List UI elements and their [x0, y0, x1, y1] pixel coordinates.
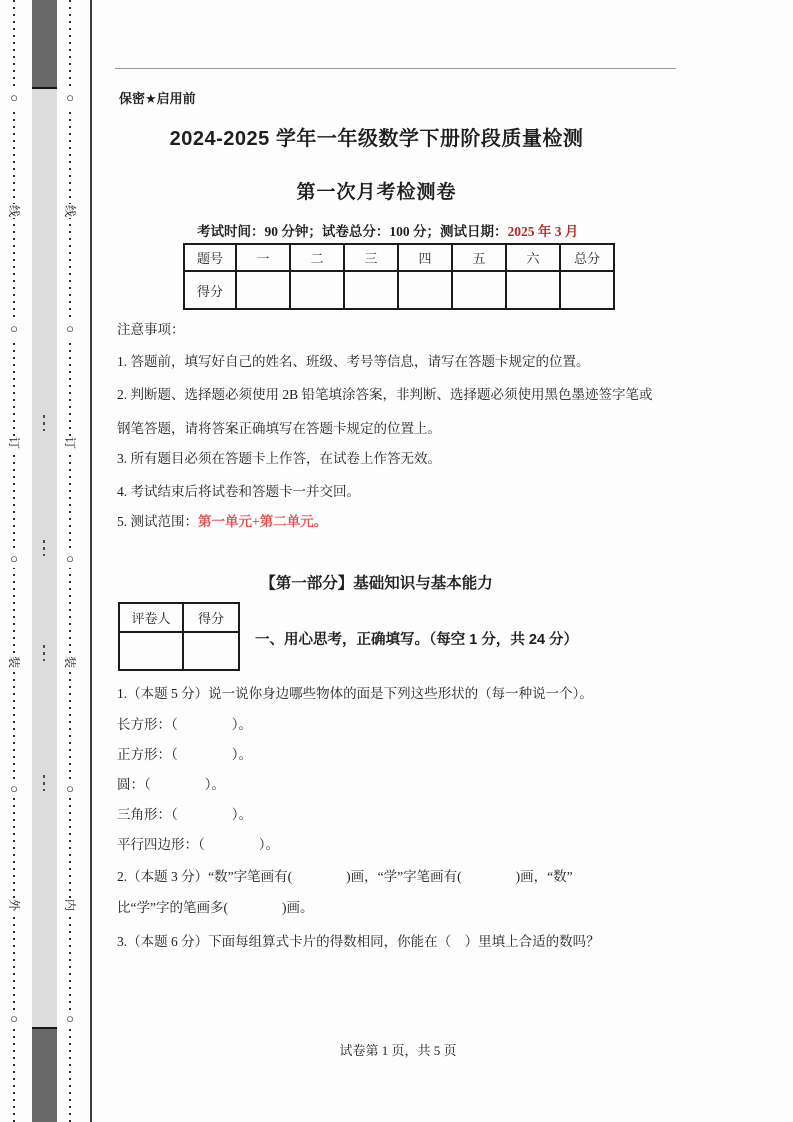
exam-info-line: 考试时间：90 分钟；试卷总分：100 分；测试日期：2025 年 3 月	[197, 220, 578, 240]
score-empty-cell	[398, 271, 452, 309]
confidential-label: 保密★启用前	[119, 88, 196, 107]
fold-bar-dark-bottom	[32, 1027, 57, 1122]
binding-circle-icon: ○	[63, 780, 77, 798]
test-range: 第一单元+第二单元。	[198, 514, 327, 529]
score-empty-cell	[506, 271, 560, 309]
binding-circle-icon: ○	[63, 320, 77, 338]
score-empty-cell	[290, 271, 344, 309]
binding-char-staple: 订	[5, 436, 23, 450]
score-header-cell: 三	[344, 244, 398, 271]
header-rule	[115, 68, 676, 69]
binding-circle-icon: ○	[7, 1010, 21, 1028]
score-header-cell: 题号	[184, 244, 236, 271]
grader-table-empty-row	[119, 632, 239, 670]
score-header-cell: 总分	[560, 244, 614, 271]
grader-table-header-row: 评卷人 得分	[119, 603, 239, 632]
binding-circle-icon: ○	[63, 550, 77, 568]
section-1-heading: 【第一部分】基础知识与基本能力	[95, 571, 658, 593]
grader-empty-cell	[183, 632, 239, 670]
score-empty-cell	[344, 271, 398, 309]
notes-heading: 注意事项：	[117, 318, 185, 338]
binding-char-staple: 订	[61, 436, 79, 450]
exam-paper-page: { "page": { "secret_label": "保密★启用前", "t…	[0, 0, 793, 1122]
note-item-2-line-1: 2. 判断题、选择题必须使用 2B 铅笔填涂答案，非判断、选择题必须使用黑色墨迹…	[117, 383, 653, 403]
fold-mark	[43, 775, 45, 791]
note-item-1: 1. 答题前，填写好自己的姓名、班级、考号等信息，请写在答题卡规定的位置。	[117, 350, 590, 370]
score-header-cell: 二	[290, 244, 344, 271]
grader-empty-cell	[119, 632, 183, 670]
question-1-blank-triangle: 三角形：（ ）。	[117, 803, 252, 823]
score-header-cell: 四	[398, 244, 452, 271]
binding-circle-icon: ○	[7, 320, 21, 338]
score-empty-cell	[452, 271, 506, 309]
grader-header-cell: 得分	[183, 603, 239, 632]
note-item-5-label: 5. 测试范围：	[117, 514, 198, 529]
score-table-score-row: 得分	[184, 271, 614, 309]
page-footer: 试卷第 1 页，共 5 页	[110, 1040, 686, 1059]
question-2-line-2: 比“学”字的笔画多( )画。	[117, 896, 313, 916]
exam-info-text: 考试时间：90 分钟；试卷总分：100 分；测试日期：	[197, 224, 508, 239]
grader-header-cell: 评卷人	[119, 603, 183, 632]
binding-circle-icon: ○	[7, 89, 21, 107]
fold-bar	[32, 0, 57, 1122]
grader-table: 评卷人 得分	[118, 602, 240, 671]
question-1-blank-circle: 圆：（ ）。	[117, 773, 225, 793]
score-table-header-row: 题号 一 二 三 四 五 六 总分	[184, 244, 614, 271]
score-empty-cell	[560, 271, 614, 309]
part-1-heading: 一、用心思考，正确填写。（每空 1 分，共 24 分）	[255, 628, 578, 649]
score-row-label: 得分	[184, 271, 236, 309]
binding-char-bind: 装	[5, 655, 23, 669]
score-empty-cell	[236, 271, 290, 309]
question-1-blank-square: 正方形：（ ）。	[117, 743, 252, 763]
score-header-cell: 五	[452, 244, 506, 271]
score-header-cell: 一	[236, 244, 290, 271]
question-1-stem: 1.（本题 5 分）说一说你身边哪些物体的面是下列这些形状的（每一种说一个）。	[117, 682, 593, 702]
binding-char-outer: 外	[5, 898, 23, 912]
page-title: 2024-2025 学年一年级数学下册阶段质量检测	[95, 122, 658, 151]
binding-line-inner: ○ 线 ○ 订 ○ 装 ○ 内 ○	[63, 0, 77, 1122]
binding-char-line: 线	[61, 204, 79, 218]
fold-mark	[43, 540, 45, 556]
binding-char-bind: 装	[61, 655, 79, 669]
page-subtitle: 第一次月考检测卷	[95, 177, 658, 204]
binding-line-outer: ○ 线 ○ 订 ○ 装 ○ 外 ○	[7, 0, 21, 1122]
binding-circle-icon: ○	[7, 780, 21, 798]
note-item-3: 3. 所有题目必须在答题卡上作答，在试卷上作答无效。	[117, 447, 441, 467]
binding-char-line: 线	[5, 204, 23, 218]
binding-circle-icon: ○	[63, 1010, 77, 1028]
question-1-blank-rectangle: 长方形：（ ）。	[117, 713, 252, 733]
fold-mark	[43, 645, 45, 661]
question-1-blank-parallelogram: 平行四边形：（ ）。	[117, 833, 279, 853]
binding-char-inner: 内	[61, 898, 79, 912]
fold-mark	[43, 415, 45, 431]
question-3-stem: 3.（本题 6 分）下面每组算式卡片的得数相同，你能在（ ）里填上合适的数吗？	[117, 930, 600, 950]
exam-date: 2025 年 3 月	[508, 224, 579, 239]
page-border-line	[90, 0, 92, 1122]
note-item-4: 4. 考试结束后将试卷和答题卡一并交回。	[117, 480, 360, 500]
binding-circle-icon: ○	[63, 89, 77, 107]
question-2-line-1: 2.（本题 3 分）“数”字笔画有( )画，“学”字笔画有( )画，“数”	[117, 865, 573, 885]
note-item-2-line-2: 钢笔答题，请将答案正确填写在答题卡规定的位置上。	[117, 417, 441, 437]
note-item-5: 5. 测试范围：第一单元+第二单元。	[117, 510, 327, 530]
fold-bar-dark-top	[32, 0, 57, 89]
score-header-cell: 六	[506, 244, 560, 271]
score-table: 题号 一 二 三 四 五 六 总分 得分	[183, 243, 615, 310]
binding-circle-icon: ○	[7, 550, 21, 568]
